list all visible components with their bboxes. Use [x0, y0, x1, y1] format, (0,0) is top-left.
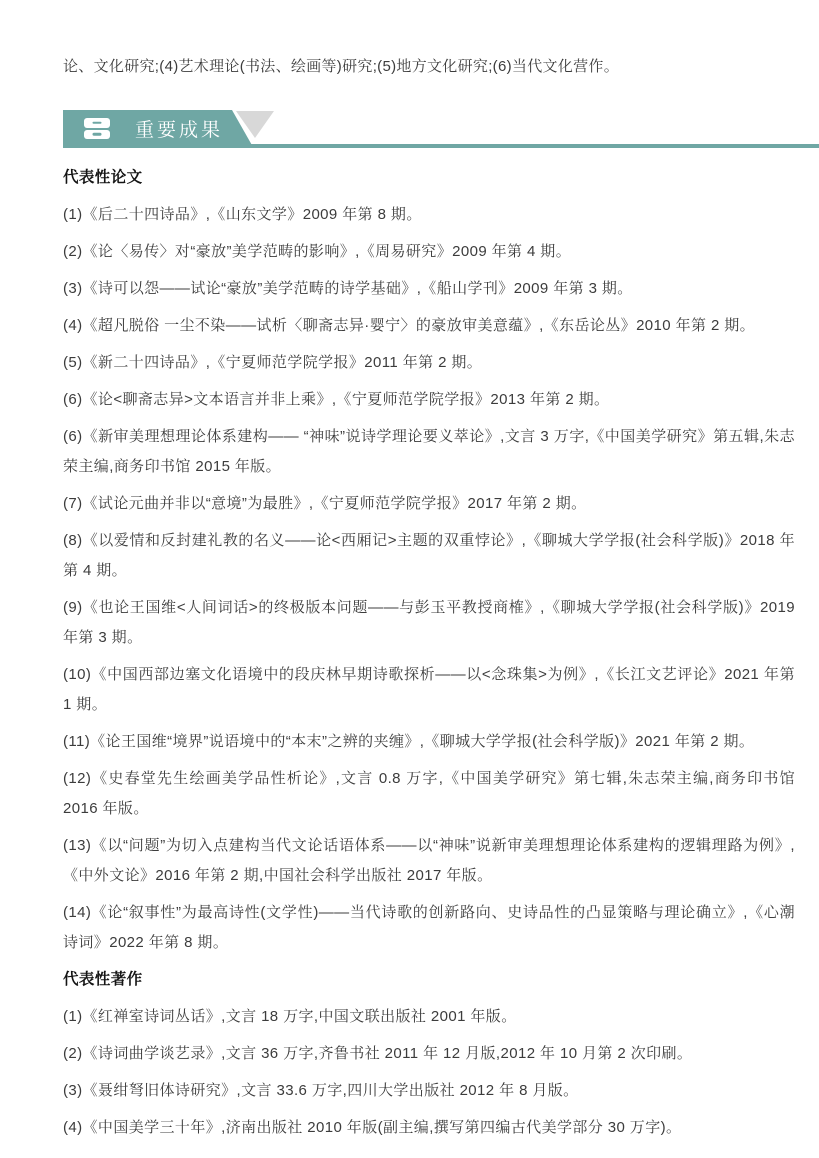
archive-icon-drawer-top: [84, 118, 110, 128]
archive-icon: [84, 118, 110, 139]
list-item: (4)《中国美学三十年》,济南出版社 2010 年版(副主编,撰写第四编古代美学…: [63, 1113, 795, 1143]
list-item: (13)《以“问题”为切入点建构当代文论话语体系——以“神味”说新审美理想理论体…: [63, 831, 795, 891]
list-item: (10)《中国西部边塞文化语境中的段庆林早期诗歌探析——以<念珠集>为例》,《长…: [63, 660, 795, 720]
intro-text: 论、文化研究;(4)艺术理论(书法、绘画等)研究;(5)地方文化研究;(6)当代…: [63, 54, 795, 80]
list-item: (4)《超凡脱俗 一尘不染——试析〈聊斋志异·婴宁〉的豪放审美意蕴》,《东岳论丛…: [63, 311, 795, 341]
list-item: (5)《新二十四诗品》,《宁夏师范学院学报》2011 年第 2 期。: [63, 348, 795, 378]
list-item: (9)《也论王国维<人间词话>的终极版本问题——与彭玉平教授商榷》,《聊城大学学…: [63, 593, 795, 653]
list-item: (14)《论“叙事性”为最高诗性(文学性)——当代诗歌的创新路向、史诗品性的凸显…: [63, 898, 795, 958]
list-item: (3)《聂绀弩旧体诗研究》,文言 33.6 万字,四川大学出版社 2012 年 …: [63, 1076, 795, 1106]
list-item: (1)《红禅室诗词丛话》,文言 18 万字,中国文联出版社 2001 年版。: [63, 1002, 795, 1032]
list-item: (6)《论<聊斋志异>文本语言并非上乘》,《宁夏师范学院学报》2013 年第 2…: [63, 385, 795, 415]
banner-title: 重要成果: [135, 115, 223, 142]
list-item: (11)《论王国维“境界”说语境中的“本末”之辨的夹缠》,《聊城大学学报(社会科…: [63, 727, 795, 757]
section-heading: 代表性著作: [63, 965, 795, 995]
section-heading: 代表性论文: [63, 163, 795, 193]
list-item: (1)《后二十四诗品》,《山东文学》2009 年第 8 期。: [63, 200, 795, 230]
list-item: (7)《试论元曲并非以“意境”为最胜》,《宁夏师范学院学报》2017 年第 2 …: [63, 489, 795, 519]
publications-content: 代表性论文(1)《后二十四诗品》,《山东文学》2009 年第 8 期。(2)《论…: [63, 163, 795, 1150]
list-item: (8)《以爱情和反封建礼教的名义——论<西厢记>主题的双重悖论》,《聊城大学学报…: [63, 526, 795, 586]
list-item: (6)《新审美理想理论体系建构—— “神味”说诗学理论要义萃论》,文言 3 万字…: [63, 422, 795, 482]
section-banner-tab: 重要成果: [63, 110, 253, 147]
list-item: (2)《诗词曲学谈艺录》,文言 36 万字,齐鲁书社 2011 年 12 月版,…: [63, 1039, 795, 1069]
list-item: (12)《史春堂先生绘画美学品性析论》,文言 0.8 万字,《中国美学研究》第七…: [63, 764, 795, 824]
list-item: (3)《诗可以怨——试论“豪放”美学范畴的诗学基础》,《船山学刊》2009 年第…: [63, 274, 795, 304]
archive-icon-drawer-bottom: [84, 130, 110, 140]
list-item: (2)《论〈易传〉对“豪放”美学范畴的影响》,《周易研究》2009 年第 4 期…: [63, 237, 795, 267]
